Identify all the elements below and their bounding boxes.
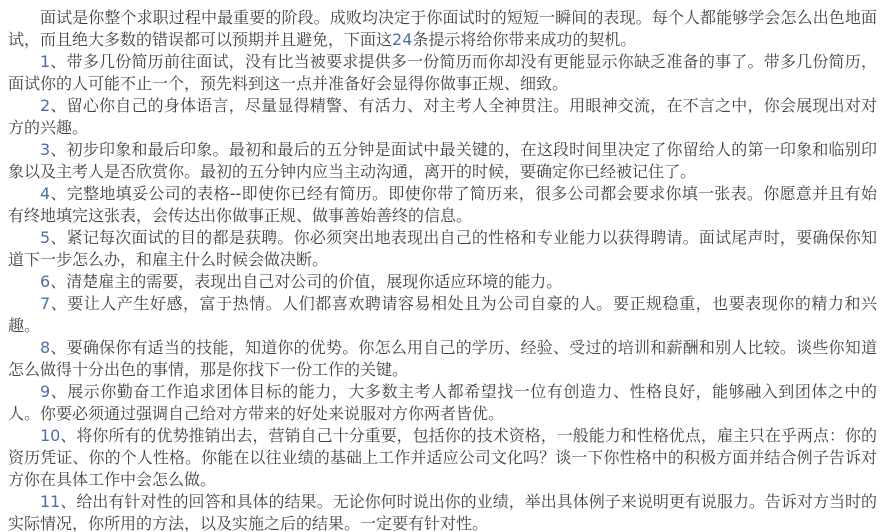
list-number: 8 (40, 338, 50, 357)
list-number: 24 (392, 30, 412, 49)
paragraph-text: 、要让人产生好感，富于热情。人们都喜欢聘请容易相处且为公司自豪的人。要正规稳重，… (8, 294, 877, 335)
paragraph-text: 、完整地填妥公司的表格--即使你已经有简历。即使你带了简历来，很多公司都会要求你… (8, 184, 877, 225)
paragraph: 6、清楚雇主的需要，表现出自己对公司的价值，展现你适应环境的能力。 (8, 271, 877, 293)
list-number: 7 (40, 294, 50, 313)
paragraph-text: 条提示将给你带来成功的契机。 (412, 30, 636, 49)
paragraph: 9、展示你勤奋工作追求团体目标的能力，大多数主考人都希望找一位有创造力、性格良好… (8, 381, 877, 425)
list-number: 2 (40, 96, 50, 115)
paragraph: 1、带多几份简历前往面试，没有比当被要求提供多一份简历而你却没有更能显示你缺乏准… (8, 51, 877, 95)
document-body: 面试是你整个求职过程中最重要的阶段。成败均决定于你面试时的短短一瞬间的表现。每个… (0, 0, 885, 532)
paragraph-text: 、初步印象和最后印象。最初和最后的五分钟是面试中最关键的，在这段时间里决定了你留… (8, 140, 877, 181)
paragraph-text: 、清楚雇主的需要，表现出自己对公司的价值，展现你适应环境的能力。 (50, 272, 562, 291)
list-number: 4 (40, 184, 50, 203)
paragraph: 8、要确保你有适当的技能，知道你的优势。你怎么用自己的学历、经验、受过的培训和薪… (8, 337, 877, 381)
paragraph: 5、紧记每次面试的目的都是获聘。你必须突出地表现出自己的性格和专业能力以获得聘请… (8, 227, 877, 271)
paragraph: 7、要让人产生好感，富于热情。人们都喜欢聘请容易相处且为公司自豪的人。要正规稳重… (8, 293, 877, 337)
paragraph: 4、完整地填妥公司的表格--即使你已经有简历。即使你带了简历来，很多公司都会要求… (8, 183, 877, 227)
paragraph: 2、留心你自己的身体语言，尽量显得精警、有活力、对主考人全神贯注。用眼神交流，在… (8, 95, 877, 139)
paragraph-text: 、要确保你有适当的技能，知道你的优势。你怎么用自己的学历、经验、受过的培训和薪酬… (8, 338, 877, 379)
paragraph: 面试是你整个求职过程中最重要的阶段。成败均决定于你面试时的短短一瞬间的表现。每个… (8, 7, 877, 51)
list-number: 5 (40, 228, 50, 247)
paragraph-text: 、展示你勤奋工作追求团体目标的能力，大多数主考人都希望找一位有创造力、性格良好，… (8, 382, 877, 423)
paragraph-text: 、将你所有的优势推销出去，营销自己十分重要，包括你的技术资格，一般能力和性格优点… (8, 426, 877, 489)
paragraph-text: 、给出有针对性的回答和具体的结果。无论你何时说出你的业绩，举出具体例子来说明更有… (8, 492, 877, 532)
list-number: 9 (40, 382, 50, 401)
list-number: 6 (40, 272, 50, 291)
list-number: 10 (40, 426, 60, 445)
paragraph-text: 、带多几份简历前往面试，没有比当被要求提供多一份简历而你却没有更能显示你缺乏准备… (8, 52, 877, 93)
paragraph: 10、将你所有的优势推销出去，营销自己十分重要，包括你的技术资格，一般能力和性格… (8, 425, 877, 491)
paragraph: 11、给出有针对性的回答和具体的结果。无论你何时说出你的业绩，举出具体例子来说明… (8, 491, 877, 532)
list-number: 11 (40, 492, 60, 511)
list-number: 3 (40, 140, 50, 159)
paragraph: 3、初步印象和最后印象。最初和最后的五分钟是面试中最关键的，在这段时间里决定了你… (8, 139, 877, 183)
paragraph-text: 、紧记每次面试的目的都是获聘。你必须突出地表现出自己的性格和专业能力以获得聘请。… (8, 228, 877, 269)
paragraph-text: 、留心你自己的身体语言，尽量显得精警、有活力、对主考人全神贯注。用眼神交流，在不… (8, 96, 877, 137)
list-number: 1 (40, 52, 50, 71)
